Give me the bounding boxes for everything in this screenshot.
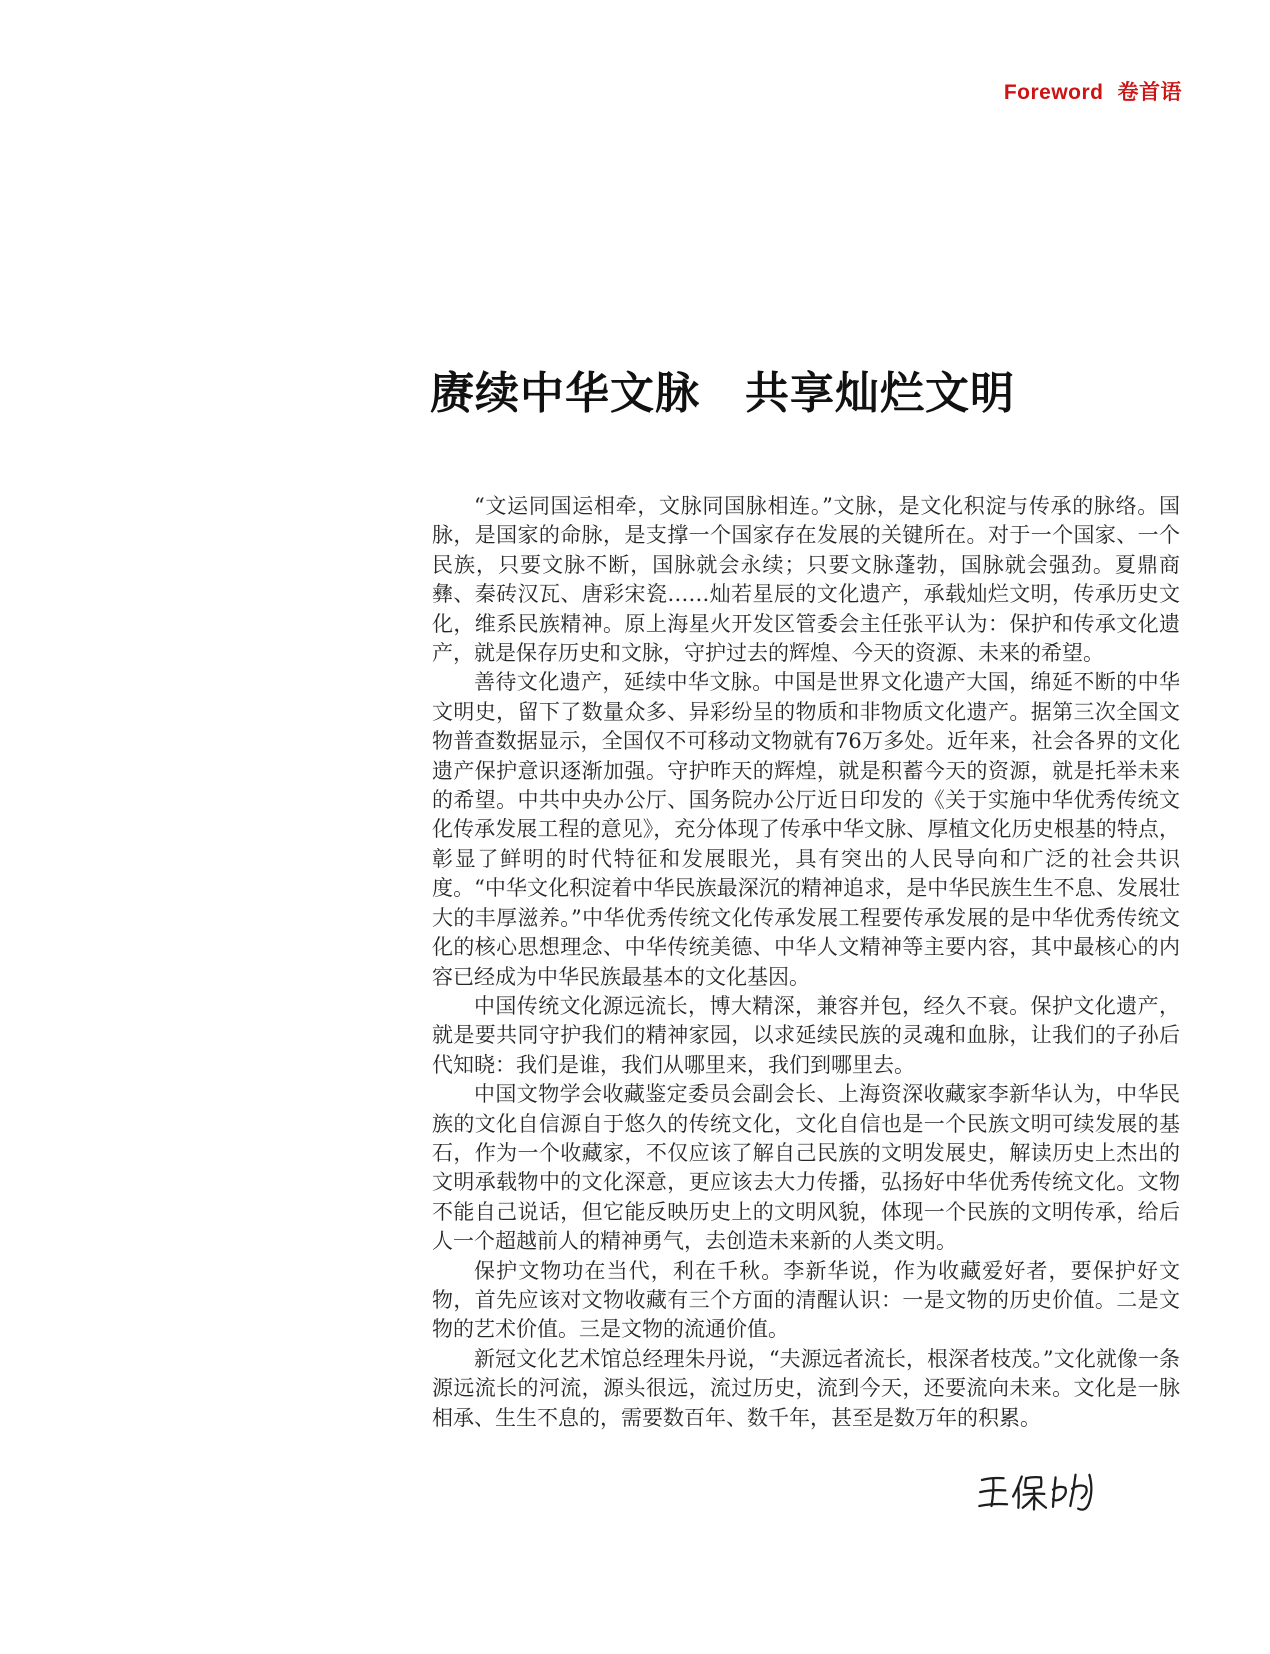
paragraph: “文运同国运相牵，文脉同国脉相连。”文脉，是文化积淀与传承的脉络。国脉，是国家的… (432, 492, 1180, 668)
author-signature-handwritten (975, 1462, 1105, 1524)
article-body: “文运同国运相牵，文脉同国脉相连。”文脉，是文化积淀与传承的脉络。国脉，是国家的… (432, 492, 1180, 1433)
paragraph: 保护文物功在当代，利在千秋。李新华说，作为收藏爱好者，要保护好文物，首先应该对文… (432, 1257, 1180, 1345)
section-header-english: Foreword (1004, 81, 1104, 104)
section-header: Foreword卷首语 (1004, 76, 1182, 106)
paragraph: 善待文化遗产，延续中华文脉。中国是世界文化遗产大国，绵延不断的中华文明史，留下了… (432, 668, 1180, 991)
magazine-foreword-page: Foreword卷首语 赓续中华文脉 共享灿烂文明 “文运同国运相牵，文脉同国脉… (0, 0, 1270, 1654)
paragraph: 中国传统文化源远流长，博大精深，兼容并包，经久不衰。保护文化遗产，就是要共同守护… (432, 992, 1180, 1080)
article-title: 赓续中华文脉 共享灿烂文明 (430, 357, 1190, 421)
signature-strokes (975, 1462, 1105, 1524)
paragraph: 中国文物学会收藏鉴定委员会副会长、上海资深收藏家李新华认为，中华民族的文化自信源… (432, 1080, 1180, 1256)
section-header-chinese: 卷首语 (1118, 81, 1183, 104)
paragraph: 新冠文化艺术馆总经理朱丹说，“夫源远者流长，根深者枝茂。”文化就像一条源远流长的… (432, 1345, 1180, 1433)
